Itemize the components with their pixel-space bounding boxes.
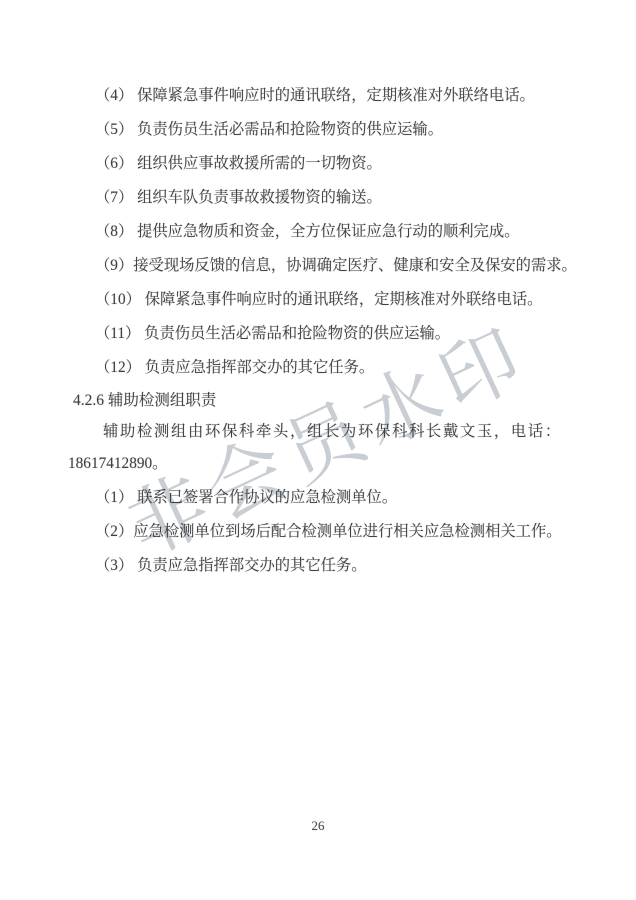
list-item-10: （10） 保障紧急事件响应时的通讯联络，定期核准对外联络电话。: [68, 283, 570, 317]
list-item-8: （8） 提供应急物质和资金，全方位保证应急行动的顺利完成。: [68, 215, 570, 249]
list-item-2: （2）应急检测单位到场后配合检测单位进行相关应急检测相关工作。: [68, 515, 570, 549]
list-item-12: （12） 负责应急指挥部交办的其它任务。: [68, 351, 570, 385]
paragraph-line-1: 辅助检测组由环保科牵头，组长为环保科科长戴文玉，电话：: [68, 416, 570, 447]
document-page: 非会员水印 （4） 保障紧急事件响应时的通讯联络，定期核准对外联络电话。 （5）…: [0, 0, 636, 900]
page-number: 26: [0, 818, 636, 834]
list-item-6: （6） 组织供应事故救援所需的一切物资。: [68, 147, 570, 181]
list-item-9: （9）接受现场反馈的信息，协调确定医疗、健康和安全及保安的需求。: [68, 249, 570, 283]
list-item-4: （4） 保障紧急事件响应时的通讯联络，定期核准对外联络电话。: [68, 79, 570, 113]
list-item-3: （3） 负责应急指挥部交办的其它任务。: [68, 549, 570, 583]
page-content: （4） 保障紧急事件响应时的通讯联络，定期核准对外联络电话。 （5） 负责伤员生…: [68, 79, 570, 583]
paragraph-line-2-phone: 18617412890。: [68, 447, 570, 481]
list-item-11: （11） 负责伤员生活必需品和抢险物资的供应运输。: [68, 317, 570, 351]
list-item-7: （7） 组织车队负责事故救援物资的输送。: [68, 181, 570, 215]
section-heading-426: 4.2.6 辅助检测组职责: [73, 385, 570, 416]
list-item-1: （1） 联系已签署合作协议的应急检测单位。: [68, 481, 570, 515]
list-item-5: （5） 负责伤员生活必需品和抢险物资的供应运输。: [68, 113, 570, 147]
